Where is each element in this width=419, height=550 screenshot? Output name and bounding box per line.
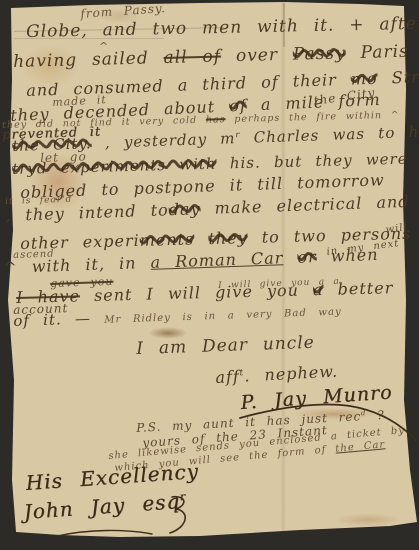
text-segment: day <box>168 199 200 219</box>
letter-text-layer: from Passy.Globe, and two men with it. +… <box>0 0 419 550</box>
heading-from-passy: from Passy. <box>80 2 166 21</box>
text-segment: having sailed <box>13 48 164 72</box>
text-segment: , yesterday m <box>91 129 235 152</box>
text-segment: a Roman Car <box>150 248 283 272</box>
text-segment: they <box>208 228 248 248</box>
body-line-2: having sailed all of over Passy Paris <box>13 43 409 72</box>
text-segment: Paris <box>345 42 409 64</box>
text-segment: aff <box>215 367 240 387</box>
esquire-flourish <box>160 493 200 537</box>
text-segment: Charles was to have <box>240 122 419 147</box>
address-underline-flourish <box>55 527 155 539</box>
text-segment: over <box>221 45 293 67</box>
text-segment: sent I will give you <box>80 280 314 305</box>
signature-flourish <box>238 398 419 446</box>
text-segment: or <box>297 247 317 267</box>
text-segment: Straw <box>377 66 419 87</box>
text-segment: of it. — <box>13 309 105 330</box>
closing-line-2: afft. nephew. <box>215 363 339 387</box>
text-segment <box>283 248 298 267</box>
closing-line-1: I am Dear uncle <box>136 334 315 359</box>
text-segment: better <box>323 278 393 299</box>
text-segment: has <box>206 114 226 126</box>
text-segment: make electrical and <box>200 192 410 218</box>
text-segment: I am Dear uncle <box>136 333 315 359</box>
text-segment: of <box>229 96 247 116</box>
text-segment: his. but they were <box>216 150 407 173</box>
text-segment: John Jay esq <box>23 489 181 524</box>
text-segment <box>194 229 209 248</box>
text-segment: from Passy. <box>80 1 166 21</box>
text-segment: ^ with it, in <box>3 253 151 277</box>
text-segment: all of <box>163 47 221 68</box>
text-segment: ments <box>139 229 194 249</box>
text-segment: . nephew. <box>244 362 339 386</box>
text-segment: Mr Ridley is in a very Bad way <box>104 307 342 326</box>
manuscript-photo: from Passy.Globe, and two men with it. +… <box>0 0 419 550</box>
text-segment: Passy <box>293 43 346 64</box>
